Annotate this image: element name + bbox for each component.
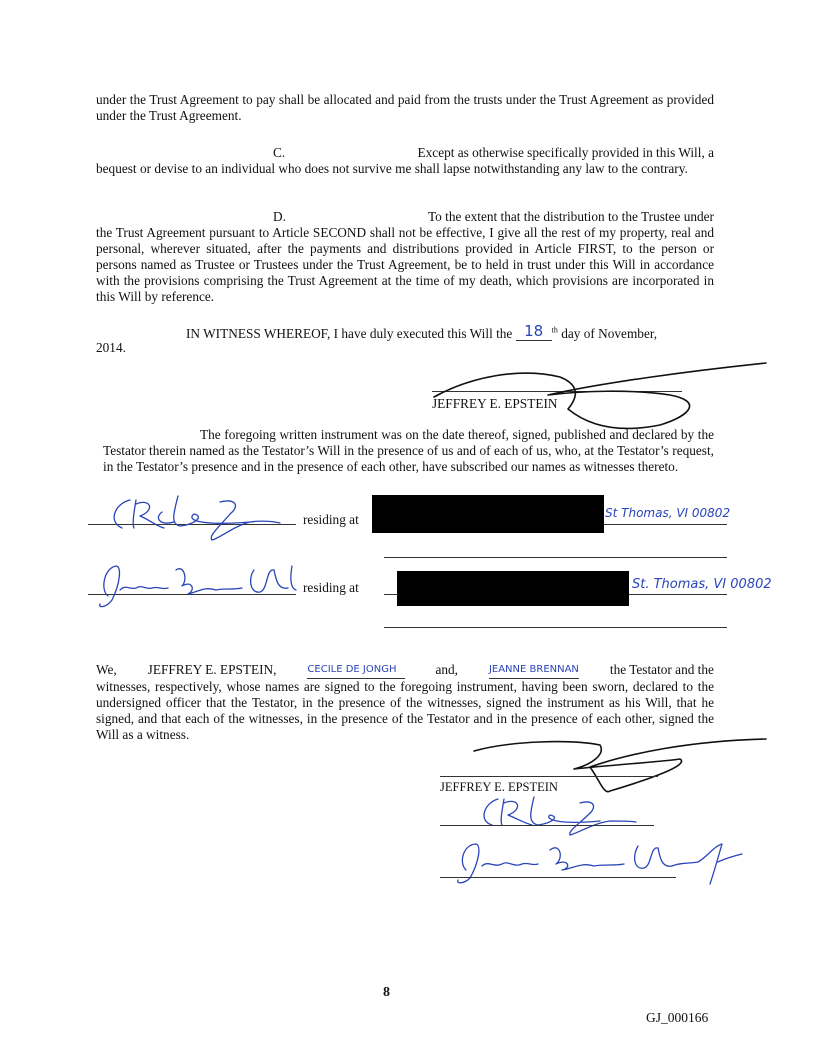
paragraph-c-body: bequest or devise to an individual who d… bbox=[96, 161, 714, 177]
execution-year: 2014. bbox=[96, 340, 126, 356]
in-witness-line: IN WITNESS WHEREOF, I have duly executed… bbox=[186, 324, 657, 343]
bates-number: GJ_000166 bbox=[646, 1010, 708, 1026]
affidavit-and: and, bbox=[435, 662, 458, 679]
paragraph-c: C. Except as otherwise specifically prov… bbox=[96, 145, 714, 177]
witness2-address-line-2 bbox=[384, 627, 727, 628]
witness1-address-line bbox=[604, 524, 727, 525]
witness1-address-redaction bbox=[372, 495, 604, 533]
paragraph-continuation: under the Trust Agreement to pay shall b… bbox=[96, 92, 714, 124]
witness1-residing-label: residing at bbox=[303, 512, 359, 528]
witness2-signature-2 bbox=[452, 838, 752, 888]
execution-day-handwritten: 18 bbox=[516, 322, 552, 341]
affidavit-we: We, bbox=[96, 662, 117, 679]
paragraph-d-first-line: To the extent that the distribution to t… bbox=[383, 209, 714, 225]
paragraph-d-body: the Trust Agreement pursuant to Article … bbox=[96, 225, 714, 305]
witness1-address-line-2 bbox=[384, 557, 727, 558]
witness1-signature-2 bbox=[470, 793, 660, 833]
witness2-signature bbox=[92, 560, 302, 610]
attestation-clause: The foregoing written instrument was on … bbox=[103, 427, 714, 475]
paragraph-c-label: C. bbox=[273, 145, 388, 161]
witness2-address-redaction bbox=[397, 571, 629, 606]
affidavit-clause: We, JEFFREY E. EPSTEIN, CECILE DE JONGH … bbox=[96, 662, 714, 743]
in-witness-text: IN WITNESS WHEREOF, I have duly executed… bbox=[186, 326, 512, 341]
in-witness-month: day of November, bbox=[561, 326, 657, 341]
affidavit-witness2-handwritten: JEANNE BRENNAN bbox=[489, 662, 579, 679]
paragraph-d-label: D. bbox=[273, 209, 383, 225]
witness2-signature-line-2 bbox=[440, 877, 676, 878]
witness1-signature-line-2 bbox=[440, 825, 654, 826]
attestation-text: The foregoing written instrument was on … bbox=[103, 427, 714, 474]
affidavit-witness1-handwritten: CECILE DE JONGH bbox=[307, 662, 404, 679]
paragraph-c-first-line: Except as otherwise specifically provide… bbox=[388, 145, 714, 161]
day-suffix: th bbox=[552, 326, 558, 335]
witness1-address-handwritten: St Thomas, VI 00802 bbox=[605, 506, 730, 520]
testator-signature bbox=[430, 355, 770, 435]
affidavit-body: witnesses, respectively, whose names are… bbox=[96, 679, 714, 743]
testator-signature-line-2 bbox=[440, 776, 658, 777]
page-number: 8 bbox=[383, 985, 390, 1001]
affidavit-testator: JEFFREY E. EPSTEIN, bbox=[148, 662, 277, 679]
witness2-residing-label: residing at bbox=[303, 580, 359, 596]
witness2-address-handwritten: St. Thomas, VI 00802 bbox=[632, 577, 772, 592]
witness1-signature bbox=[100, 492, 290, 542]
affidavit-first-line-rest: the Testator and the bbox=[610, 662, 714, 679]
paragraph-d: D. To the extent that the distribution t… bbox=[96, 209, 714, 305]
